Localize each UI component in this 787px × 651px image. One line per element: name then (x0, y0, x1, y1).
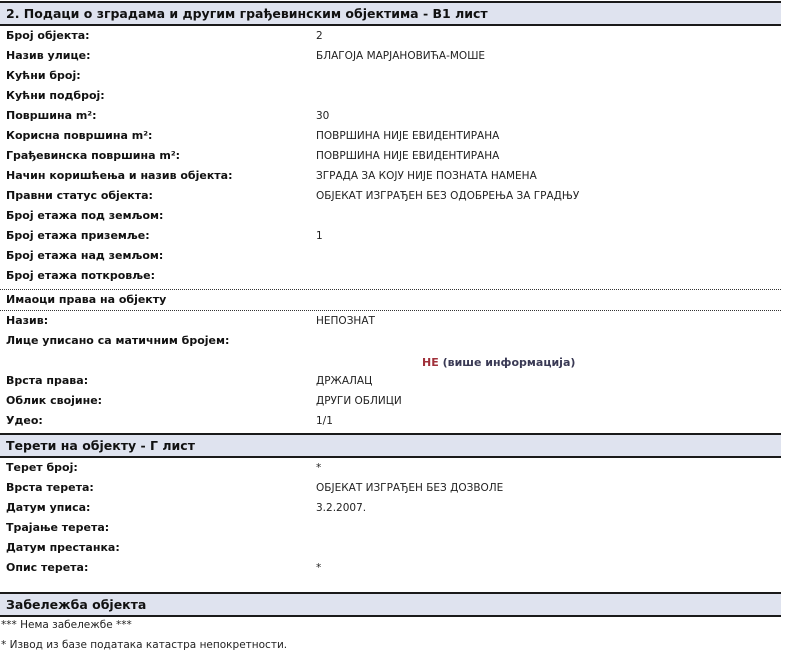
table-row: Датум престанка: (0, 539, 781, 559)
row-value: * (316, 459, 321, 477)
burdens-rows: Терет број:* Врста терета:ОБЈЕКАТ ИЗГРАЂ… (0, 458, 781, 579)
burdens-section-title: Терети на објекту - Г лист (0, 433, 781, 458)
row-label: Површина m²: (6, 107, 97, 125)
table-row: Кућни број: (0, 67, 781, 87)
row-value: 1 (316, 227, 323, 245)
notes-section-title: Забележба објекта (0, 592, 781, 617)
row-value: 3.2.2007. (316, 499, 366, 517)
row-label: Кућни подброј: (6, 87, 105, 105)
table-row: Удео:1/1 (0, 412, 781, 432)
row-value: ПОВРШИНА НИЈЕ ЕВИДЕНТИРАНА (316, 147, 499, 165)
table-row: Облик својине:ДРУГИ ОБЛИЦИ (0, 392, 781, 412)
row-value: БЛАГОЈА МАРЈАНОВИЋА-МОШЕ (316, 47, 485, 65)
row-value: НЕПОЗНАТ (316, 312, 375, 330)
property-extract: 2. Подаци о зградама и другим грађевинск… (0, 0, 781, 651)
row-label: Број етажа приземље: (6, 227, 150, 245)
table-row: Врста права:ДРЖАЛАЦ (0, 372, 781, 392)
table-row: Број етажа поткровље: (0, 267, 781, 287)
row-label: Удео: (6, 412, 43, 430)
registration-info: НЕ (више информација) (422, 354, 575, 372)
table-row: Број етажа под земљом: (0, 207, 781, 227)
table-row: Корисна површина m²:ПОВРШИНА НИЈЕ ЕВИДЕН… (0, 127, 781, 147)
table-row: Врста терета:ОБЈЕКАТ ИЗГРАЂЕН БЕЗ ДОЗВОЛ… (0, 479, 781, 499)
row-label: Опис терета: (6, 559, 88, 577)
table-row: Назив:НЕПОЗНАТ (0, 312, 781, 332)
row-label: Корисна површина m²: (6, 127, 152, 145)
row-label: Облик својине: (6, 392, 102, 410)
table-row: Број објекта:2 (0, 27, 781, 47)
row-label: Назив: (6, 312, 48, 330)
table-row: Назив улице:БЛАГОЈА МАРЈАНОВИЋА-МОШЕ (0, 47, 781, 67)
table-row: Начин коришћења и назив објекта:ЗГРАДА З… (0, 167, 781, 187)
row-label: Број етажа под земљом: (6, 207, 163, 225)
table-row: Датум уписа:3.2.2007. (0, 499, 781, 519)
table-row: Лице уписано са матичним бројем: НЕ (виш… (0, 332, 781, 372)
row-label: Кућни број: (6, 67, 81, 85)
row-label: Назив улице: (6, 47, 90, 65)
table-row: Број етажа над земљом: (0, 247, 781, 267)
row-value: ДРУГИ ОБЛИЦИ (316, 392, 402, 410)
owners-section-title: Имаоци права на објекту (0, 289, 781, 311)
table-row: Терет број:* (0, 459, 781, 479)
row-value: ОБЈЕКАТ ИЗГРАЂЕН БЕЗ ДОЗВОЛЕ (316, 479, 503, 497)
row-label: Врста терета: (6, 479, 94, 497)
row-label: Грађевинска површина m²: (6, 147, 180, 165)
row-label: Број објекта: (6, 27, 90, 45)
row-label: Број етажа поткровље: (6, 267, 155, 285)
row-value: ДРЖАЛАЦ (316, 372, 372, 390)
row-label: Врста права: (6, 372, 88, 390)
row-label: Датум уписа: (6, 499, 90, 517)
building-section-title: 2. Подаци о зградама и другим грађевинск… (0, 1, 781, 26)
no-notes-text: *** Нема забележбе *** (0, 617, 781, 633)
table-row: Грађевинска површина m²:ПОВРШИНА НИЈЕ ЕВ… (0, 147, 781, 167)
table-row: Правни статус објекта:ОБЈЕКАТ ИЗГРАЂЕН Б… (0, 187, 781, 207)
more-info-link[interactable]: (више информација) (443, 356, 576, 369)
row-label: Датум престанка: (6, 539, 120, 557)
row-label: Правни статус објекта: (6, 187, 153, 205)
row-label: Трајање терета: (6, 519, 109, 537)
owners-rows: Назив:НЕПОЗНАТ Лице уписано са матичним … (0, 311, 781, 432)
row-value: * (316, 559, 321, 577)
table-row: Трајање терета: (0, 519, 781, 539)
table-row: Кућни подброј: (0, 87, 781, 107)
registered-status: НЕ (422, 356, 439, 369)
row-label: Број етажа над земљом: (6, 247, 163, 265)
row-value: ОБЈЕКАТ ИЗГРАЂЕН БЕЗ ОДОБРЕЊА ЗА ГРАДЊУ (316, 187, 579, 205)
row-label: Начин коришћења и назив објекта: (6, 167, 233, 185)
row-label: Лице уписано са матичним бројем: (6, 332, 229, 350)
footer-note: * Извод из базе података катастра непокр… (0, 637, 781, 651)
row-value: 1/1 (316, 412, 333, 430)
building-rows: Број објекта:2 Назив улице:БЛАГОЈА МАРЈА… (0, 26, 781, 287)
table-row: Број етажа приземље:1 (0, 227, 781, 247)
row-value: ЗГРАДА ЗА КОЈУ НИЈЕ ПОЗНАТА НАМЕНА (316, 167, 537, 185)
row-value: 30 (316, 107, 329, 125)
table-row: Површина m²:30 (0, 107, 781, 127)
row-value: ПОВРШИНА НИЈЕ ЕВИДЕНТИРАНА (316, 127, 499, 145)
row-value: 2 (316, 27, 323, 45)
row-label: Терет број: (6, 459, 78, 477)
table-row: Опис терета:* (0, 559, 781, 579)
